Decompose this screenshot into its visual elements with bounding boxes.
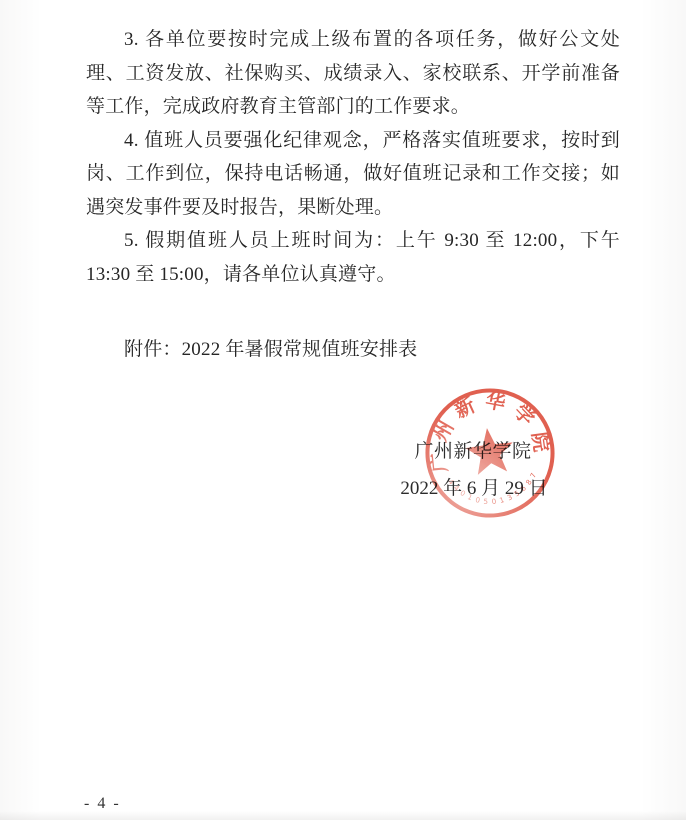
page-number: - 4 -	[84, 795, 121, 813]
document-body: 3. 各单位要按时完成上级布置的各项任务，做好公文处理、工资发放、社保购买、成绩…	[86, 23, 620, 367]
document-page: 3. 各单位要按时完成上级布置的各项任务，做好公文处理、工资发放、社保购买、成绩…	[0, 0, 686, 820]
seal-star-icon	[463, 425, 516, 476]
official-seal-icon: 广州新华学院 4401050135687	[415, 378, 564, 527]
body-paragraph-5: 5. 假期值班人员上班时间为：上午 9:30 至 12:00，下午 13:30 …	[86, 224, 620, 291]
attachment-line: 附件：2022 年暑假常规值班安排表	[86, 333, 620, 367]
body-paragraph-3: 3. 各单位要按时完成上级布置的各项任务，做好公文处理、工资发放、社保购买、成绩…	[86, 23, 620, 124]
body-paragraph-4: 4. 值班人员要强化纪律观念，严格落实值班要求，按时到岗、工作到位，保持电话畅通…	[86, 124, 620, 225]
